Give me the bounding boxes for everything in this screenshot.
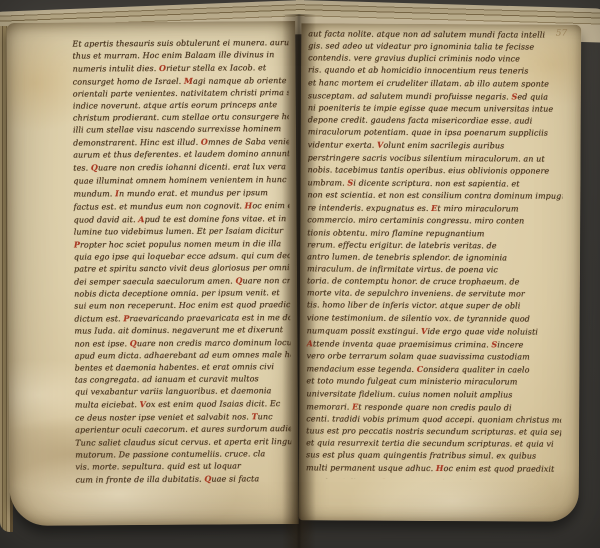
text-line: factus est. et mundus eum non cognovit. … (73, 199, 289, 214)
rubric-initial: S (511, 91, 517, 101)
rubric-initial: T (252, 412, 258, 422)
text-line: perstringere sacris vocibus silentium mi… (308, 152, 563, 165)
text-line: Propter hoc sciet populus nomen meum in … (74, 237, 290, 252)
rubric-initial: C (417, 364, 424, 374)
text-line: umbram. Si dicente scriptura. non est sa… (307, 176, 562, 190)
rubric-initial: P (74, 239, 80, 249)
left-page: Et apertis thesauris suis obtulerunt ei … (6, 21, 299, 526)
rubric-initial: P (123, 313, 129, 323)
text-line: vione testimonium. de silentio vox. de t… (307, 312, 562, 325)
manuscript-photo: Et apertis thesauris suis obtulerunt ei … (0, 0, 600, 548)
text-line: Attende inventa quae praemisimus crimina… (307, 337, 562, 351)
rubric-initial: H (436, 463, 444, 473)
right-page: 57 aut facta nolite. atque non ad salute… (299, 23, 582, 521)
rubric-initial: A (138, 214, 144, 224)
right-page-text: aut facta nolite. atque non ad salutem m… (306, 28, 563, 479)
rubric-initial: A (307, 338, 313, 348)
rubric-initial: I (115, 188, 119, 198)
rubric-initial: Q (91, 163, 98, 173)
rubric-initial: C (380, 476, 387, 479)
rubric-initial: E (352, 401, 358, 411)
text-line: mendacium esse tegenda. Considera qualit… (306, 363, 561, 377)
rubric-initial: Q (204, 473, 211, 483)
text-line: et toto mundo fulgeat cum ministerio mir… (306, 376, 561, 389)
rubric-initial: H (245, 200, 253, 210)
rubric-initial: V (377, 140, 383, 150)
text-line: tes. Quare non credis iohanni dicenti. e… (73, 161, 289, 176)
text-line: nobis. tacebimus tantis operibus. eius o… (308, 164, 563, 177)
text-line: tionis obtentu. miro flamine repugnantiu… (307, 227, 562, 240)
text-line: memorari. Et responde quare non credis p… (306, 400, 561, 414)
text-line: Tunc saliet claudus sicut cervus. et ape… (75, 436, 291, 450)
text-line: numquam possit exstingui. Vide ergo quae… (307, 324, 562, 338)
text-line: aperientur oculi caecorum. et aures surd… (75, 423, 291, 437)
text-line: quod david ait. Apud te est domine fons … (74, 212, 290, 227)
text-line: tis. homo liber de inferis victor. atque… (307, 300, 562, 313)
rubric-initial: S (347, 177, 353, 187)
rubric-initial: M (184, 76, 193, 86)
text-line: videntur exerta. Volunt enim sacrilegis … (308, 139, 563, 153)
text-line: quae illuminat omnem hominem venientem i… (73, 174, 289, 188)
text-line: commercio. miro certaminis congressu. mi… (307, 215, 562, 228)
rubric-initial: S (491, 339, 497, 349)
rubric-initial: V (421, 326, 427, 336)
rubric-initial: O (201, 137, 208, 147)
text-line: susceptam. ad salutem mundi profuisse ne… (308, 89, 563, 103)
rubric-initial: O (159, 63, 166, 73)
text-line: mutorum. De passione contumeliis. cruce.… (75, 448, 291, 462)
rubric-initial: E (431, 203, 437, 213)
text-line: re intenderis. expugnatus es. Et miro mi… (307, 201, 562, 215)
text-line: cum in fronte de illa dubitatis. Quae si… (75, 472, 291, 485)
text-line: mundum. In mundo erat. et mundus per ips… (73, 186, 289, 201)
text-line: rerum. effectu erigitur. de latebris ver… (307, 239, 562, 252)
rubric-initial: Q (130, 338, 137, 348)
left-page-text: Et apertis thesauris suis obtulerunt ei … (72, 37, 291, 484)
text-line: ris. quando et ab homicidio innocentium … (308, 65, 563, 78)
text-line: multi permanent usque adhuc. Hoc enim es… (306, 462, 561, 476)
rubric-initial: Q (235, 275, 242, 285)
text-line: universitate fidelium. cuius nomen nolui… (306, 388, 561, 401)
text-line: et hanc mortem ei crudeliter illatam. ab… (308, 77, 563, 90)
rubric-initial: V (140, 399, 146, 409)
